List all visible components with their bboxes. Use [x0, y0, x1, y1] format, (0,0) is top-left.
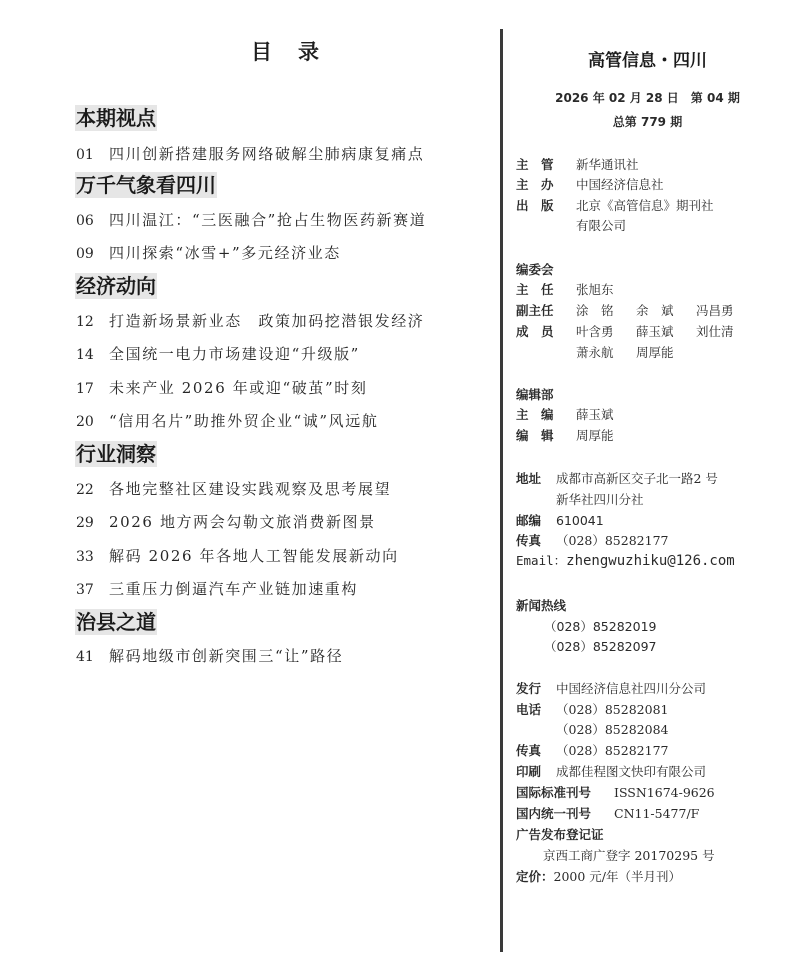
- phone-row: 电话（028）85282081: [516, 700, 668, 720]
- label: 主 任: [516, 280, 576, 300]
- value: 成都佳程图文快印有限公司: [556, 764, 706, 779]
- value: （028）85282081: [556, 702, 668, 717]
- label: 编 辑: [516, 426, 576, 446]
- heading: 编委会: [516, 262, 554, 277]
- page-number: 17: [76, 378, 109, 400]
- editorial-heading: 编辑部: [516, 385, 554, 405]
- page-number: 20: [76, 411, 109, 433]
- article-title: 各地完整社区建设实践观察及思考展望: [109, 480, 391, 498]
- toc-item[interactable]: 09四川探索“冰雪+”多元经济业态: [76, 242, 341, 264]
- section-heading-economy: 经济动向: [75, 273, 157, 299]
- article-title: 三重压力倒逼汽车产业链加速重构: [109, 580, 358, 598]
- postcode-row: 邮编610041: [516, 511, 604, 531]
- label: 定价：: [516, 867, 554, 887]
- value: ISSN1674-9626: [614, 785, 715, 800]
- article-title: “信用名片”助推外贸企业“诚”风远航: [109, 412, 378, 430]
- price-row: 定价：2000 元/年（半月刊）: [516, 867, 681, 887]
- section-heading-industry: 行业洞察: [75, 441, 157, 467]
- value: 周厚能: [576, 428, 614, 443]
- toc-title: 目录: [0, 36, 570, 66]
- article-title: 四川创新搭建服务网络破解尘肺病康复痛点: [109, 145, 424, 163]
- value: 薛玉斌: [636, 322, 696, 342]
- value: 成都市高新区交子北一路2 号: [556, 471, 718, 486]
- issuer-row: 发行中国经济信息社四川分公司: [516, 679, 706, 699]
- hotline-number: （028）85282019: [544, 617, 656, 637]
- value: 萧永航: [576, 343, 636, 363]
- toc-item[interactable]: 37三重压力倒逼汽车产业链加速重构: [76, 578, 358, 600]
- email-row: Email：zhengwuzhiku@126.com: [516, 551, 735, 571]
- fax-row: 传真（028）85282177: [516, 531, 668, 551]
- label: 发行: [516, 679, 556, 699]
- value: 薛玉斌: [576, 407, 614, 422]
- committee-director-row: 主 任张旭东: [516, 280, 614, 300]
- toc-item[interactable]: 01四川创新搭建服务网络破解尘肺病康复痛点: [76, 143, 424, 165]
- issn-row: 国际标准刊号ISSN1674-9626: [516, 783, 715, 803]
- toc-item[interactable]: 06四川温江：“三医融合”抢占生物医药新赛道: [76, 209, 426, 231]
- label: 印刷: [516, 762, 556, 782]
- masthead-title: 高管信息・四川: [505, 46, 790, 71]
- page-number: 22: [76, 479, 109, 501]
- page-number: 41: [76, 646, 109, 668]
- toc-item[interactable]: 20“信用名片”助推外贸企业“诚”风远航: [76, 410, 378, 432]
- page-number: 29: [76, 512, 109, 534]
- label: Email：: [516, 553, 566, 568]
- label: 出 版: [516, 196, 576, 216]
- label: 地址: [516, 469, 556, 489]
- value: 刘仕清: [696, 322, 756, 342]
- value: 2000 元/年（半月刊）: [554, 869, 682, 884]
- value: 周厚能: [636, 343, 696, 363]
- toc-item[interactable]: 33解码 2026 年各地人工智能发展新动向: [76, 545, 399, 567]
- ad-license-value: 京西工商广登字 20170295 号: [543, 846, 715, 866]
- value: CN11-5477/F: [614, 806, 699, 821]
- address-row-cont: 新华社四川分社: [556, 490, 644, 510]
- printer-row: 印刷成都佳程图文快印有限公司: [516, 762, 706, 782]
- value: （028）85282177: [556, 533, 668, 548]
- page-number: 12: [76, 311, 109, 333]
- publisher-row: 出 版北京《高管信息》期刊社: [516, 196, 714, 216]
- toc-item[interactable]: 22各地完整社区建设实践观察及思考展望: [76, 478, 391, 500]
- page-number: 01: [76, 144, 109, 166]
- toc-title-left: 目: [251, 40, 272, 64]
- committee-heading: 编委会: [516, 260, 554, 280]
- toc-item[interactable]: 41解码地级市创新突围三“让”路径: [76, 645, 343, 667]
- toc-item[interactable]: 12打造新场景新业态 政策加码挖潜银发经济: [76, 310, 424, 332]
- editor-in-chief-row: 主 编薛玉斌: [516, 405, 614, 425]
- page-number: 06: [76, 210, 109, 232]
- committee-deputy-row: 副主任涂 铭余 斌冯昌勇: [516, 301, 756, 321]
- article-title: 四川温江：“三医融合”抢占生物医药新赛道: [109, 211, 426, 229]
- page-number: 33: [76, 546, 109, 568]
- label: 主 办: [516, 175, 576, 195]
- cn-row: 国内统一刊号CN11-5477/F: [516, 804, 699, 824]
- column-divider: [500, 29, 503, 952]
- section-heading-county: 治县之道: [75, 609, 157, 635]
- phone-row-cont: （028）85282084: [556, 720, 668, 740]
- committee-members-row: 成 员叶含勇薛玉斌刘仕清: [516, 322, 756, 342]
- label: 广告发布登记证: [516, 827, 604, 842]
- toc-item[interactable]: 17未来产业 2026 年或迎“破茧”时刻: [76, 377, 367, 399]
- label: 国内统一刊号: [516, 804, 614, 824]
- label: 传真: [516, 741, 556, 761]
- section-heading-viewpoint: 本期视点: [75, 105, 157, 131]
- toc-title-right: 录: [298, 40, 319, 64]
- label: 电话: [516, 700, 556, 720]
- address-row: 地址成都市高新区交子北一路2 号: [516, 469, 718, 489]
- value: 北京《高管信息》期刊社: [576, 198, 714, 213]
- page-number: 09: [76, 243, 109, 265]
- heading: 编辑部: [516, 387, 554, 402]
- label: 主 编: [516, 405, 576, 425]
- value: 中国经济信息社: [576, 177, 664, 192]
- label: 副主任: [516, 301, 576, 321]
- toc-item[interactable]: 292026 地方两会勾勒文旅消费新图景: [76, 511, 376, 533]
- article-title: 四川探索“冰雪+”多元经济业态: [109, 244, 341, 262]
- article-title: 解码 2026 年各地人工智能发展新动向: [109, 547, 399, 565]
- value: （028）85282177: [556, 743, 668, 758]
- label: 邮编: [516, 511, 556, 531]
- hotline-heading: 新闻热线: [516, 596, 566, 616]
- value: 余 斌: [636, 301, 696, 321]
- editor-row: 编 辑周厚能: [516, 426, 614, 446]
- article-title: 解码地级市创新突围三“让”路径: [109, 647, 343, 665]
- article-title: 未来产业 2026 年或迎“破茧”时刻: [109, 379, 367, 397]
- publisher-row-cont: 有限公司: [576, 216, 626, 236]
- label: 主 管: [516, 155, 576, 175]
- section-heading-sichuan: 万千气象看四川: [75, 172, 217, 198]
- heading: 新闻热线: [516, 598, 566, 613]
- total-issue: 总第 779 期: [505, 113, 790, 130]
- issue-date: 2026 年 02 月 28 日 第 04 期: [505, 89, 790, 106]
- committee-members-row-cont: 萧永航周厚能: [576, 343, 696, 363]
- page-number: 14: [76, 344, 109, 366]
- value: 叶含勇: [576, 322, 636, 342]
- value: 中国经济信息社四川分公司: [556, 681, 706, 696]
- hotline-number: （028）85282097: [544, 637, 656, 657]
- label: 传真: [516, 531, 556, 551]
- sponsor-row: 主 办中国经济信息社: [516, 175, 664, 195]
- value: 张旭东: [576, 282, 614, 297]
- article-title: 打造新场景新业态 政策加码挖潜银发经济: [109, 312, 424, 330]
- label: 成 员: [516, 322, 576, 342]
- article-title: 2026 地方两会勾勒文旅消费新图景: [109, 513, 376, 531]
- value: 冯昌勇: [696, 301, 756, 321]
- toc-item[interactable]: 14全国统一电力市场建设迎“升级版”: [76, 343, 360, 365]
- article-title: 全国统一电力市场建设迎“升级版”: [109, 345, 360, 363]
- value: 新华通讯社: [576, 157, 639, 172]
- value: 涂 铭: [576, 301, 636, 321]
- fax-row: 传真（028）85282177: [516, 741, 668, 761]
- email-link[interactable]: zhengwuzhiku@126.com: [566, 553, 735, 569]
- ad-license-heading: 广告发布登记证: [516, 825, 604, 845]
- page-number: 37: [76, 579, 109, 601]
- supervisor-row: 主 管新华通讯社: [516, 155, 639, 175]
- label: 国际标准刊号: [516, 783, 614, 803]
- value: 610041: [556, 513, 604, 528]
